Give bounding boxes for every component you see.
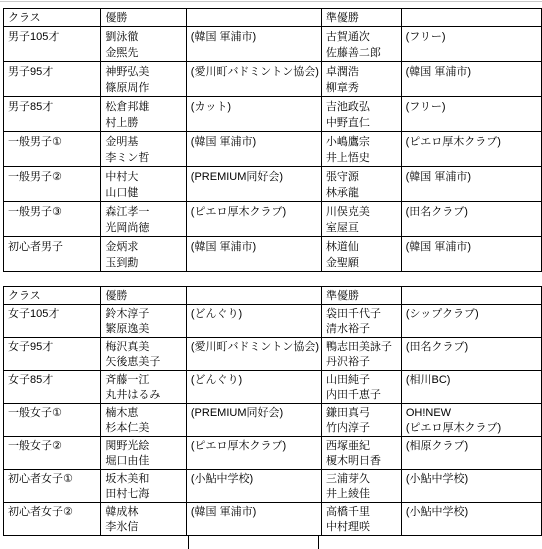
winner-club-cell: (どんぐり): [186, 371, 321, 404]
winner-names-cell: 中村大山口健: [101, 167, 186, 202]
runner-up-name: 鎌田真弓: [326, 406, 399, 421]
runner-up-names-cell: 林道仙金聖願: [321, 237, 401, 272]
winner-name: 森江孝一: [105, 204, 183, 220]
column-header: 準優勝: [321, 9, 401, 27]
runner-up-name: 金聖願: [326, 255, 399, 271]
runner-up-club-cell: (フリー): [401, 27, 541, 62]
runner-up-names-cell: 高橋千里中村理咲: [322, 503, 402, 536]
class-label: 一般男子②: [8, 169, 98, 185]
winner-name: 鈴木淳子: [105, 307, 183, 322]
winner-club: (どんぐり): [191, 307, 319, 322]
winner-name: 李ミン哲: [105, 150, 183, 166]
runner-up-club-cell: OH!NEW(ピエロ厚木クラブ): [401, 404, 541, 437]
class-label: 女子85才: [8, 373, 98, 388]
class-cell: 女子95才: [4, 338, 101, 371]
column-header: クラス: [4, 287, 101, 305]
runner-up-club: OH!NEW: [406, 406, 539, 421]
results-table-women: クラス優勝準優勝女子105才鈴木淳子繁原逸美(どんぐり)袋田千代子清水裕子(シッ…: [3, 286, 542, 536]
cut-off-top-row-border: [0, 1, 542, 2]
runner-up-name: 三浦芽久: [326, 472, 399, 487]
winner-name: 中村大: [105, 169, 183, 185]
runner-up-club-cell: (相川BC): [401, 371, 541, 404]
runner-up-name: 井上綾佳: [326, 487, 399, 502]
winner-names-cell: 関野光絵堀口由佳: [101, 437, 186, 470]
winner-name: 関野光絵: [105, 439, 183, 454]
runner-up-club-cell: (韓国 軍浦市): [401, 237, 541, 272]
class-label: 男子95才: [8, 64, 98, 80]
winner-club-cell: (韓国 軍浦市): [186, 237, 321, 272]
class-label: 女子105才: [8, 307, 98, 322]
winner-name: 斉藤一江: [105, 373, 183, 388]
class-label: 初心者女子①: [8, 472, 98, 487]
table-row: 女子105才鈴木淳子繁原逸美(どんぐり)袋田千代子清水裕子(シップクラブ): [4, 305, 542, 338]
class-cell: 一般男子③: [4, 202, 101, 237]
runner-up-names-cell: 古賀通次佐藤善二郎: [321, 27, 401, 62]
class-cell: 初心者女子②: [4, 503, 101, 536]
column-header: [401, 9, 541, 27]
class-label: 初心者男子: [8, 239, 98, 255]
table-row: 初心者女子①坂木美和田村七海(小鮎中学校)三浦芽久井上綾佳(小鮎中学校): [4, 470, 542, 503]
winner-name: 梅沢真美: [105, 340, 183, 355]
runner-up-name: 井上悟史: [326, 150, 399, 166]
runner-up-name: 丹沢裕子: [326, 355, 399, 370]
winner-names-cell: 楠木恵杉本仁美: [101, 404, 186, 437]
runner-up-club-cell: (フリー): [401, 97, 541, 132]
class-label: 男子85才: [8, 99, 98, 115]
winner-club-cell: (ピエロ厚木クラブ): [186, 202, 321, 237]
winner-name: 金煕先: [105, 45, 183, 61]
class-cell: 男子95才: [4, 62, 101, 97]
winner-club-cell: (小鮎中学校): [186, 470, 321, 503]
winner-name: 劉泳徹: [105, 29, 183, 45]
winner-name: 松倉邦雄: [105, 99, 183, 115]
runner-up-name: 川俣克美: [326, 204, 399, 220]
winner-names-cell: 金明基李ミン哲: [101, 132, 186, 167]
column-header: 優勝: [101, 9, 186, 27]
winner-club: (小鮎中学校): [191, 472, 319, 487]
runner-up-name: 佐藤善二郎: [326, 45, 399, 61]
winner-club-cell: (カット): [186, 97, 321, 132]
class-cell: 初心者男子: [4, 237, 101, 272]
runner-up-names-cell: 鎌田真弓竹内淳子: [322, 404, 402, 437]
winner-club-cell: (韓国 軍浦市): [186, 503, 321, 536]
runner-up-names-cell: 吉池政弘中野直仁: [321, 97, 401, 132]
runner-up-name: 中野直仁: [326, 115, 399, 131]
column-header: [186, 9, 321, 27]
winner-name: 繁原逸美: [105, 322, 183, 337]
winner-club-cell: (PREMIUM同好会): [186, 404, 321, 437]
cut-off-column-border: [318, 535, 319, 549]
table-row: 一般女子②関野光絵堀口由佳(ピエロ厚木クラブ)西塚亜紀榎木明日香(相原クラブ): [4, 437, 542, 470]
class-label: 一般女子②: [8, 439, 98, 454]
winner-name: 金炳求: [105, 239, 183, 255]
class-label: 男子105才: [8, 29, 98, 45]
runner-up-name: 内田千恵子: [326, 388, 399, 403]
runner-up-names-cell: 卓潤浩柳章秀: [321, 62, 401, 97]
winner-name: 堀口由佳: [105, 454, 183, 469]
winner-name: 篠原周作: [105, 80, 183, 96]
runner-up-name: 中村理咲: [326, 520, 399, 535]
runner-up-club-cell: (相原クラブ): [401, 437, 541, 470]
runner-up-names-cell: 川俣克美室屋亘: [321, 202, 401, 237]
winner-club-cell: (ピエロ厚木クラブ): [186, 437, 321, 470]
winner-name: 矢後恵美子: [105, 355, 183, 370]
runner-up-name: 林承龍: [326, 185, 399, 201]
winner-name: 李氷信: [105, 520, 183, 535]
winner-name: 杉本仁美: [105, 421, 183, 436]
winner-club: (PREMIUM同好会): [191, 406, 319, 421]
winner-club: (韓国 軍浦市): [191, 505, 319, 520]
winner-name: 金明基: [105, 134, 183, 150]
class-label: 初心者女子②: [8, 505, 98, 520]
runner-up-names-cell: 三浦芽久井上綾佳: [322, 470, 402, 503]
winner-club: (愛川町バドミントン協会): [191, 340, 319, 355]
runner-up-club-cell: (韓国 軍浦市): [401, 167, 541, 202]
runner-up-club: (フリー): [406, 99, 539, 115]
table-row: 一般男子②中村大山口健(PREMIUM同好会)張守源林承龍(韓国 軍浦市): [4, 167, 542, 202]
runner-up-club: (小鮎中学校): [406, 472, 539, 487]
runner-up-name: 張守源: [326, 169, 399, 185]
runner-up-club: (韓国 軍浦市): [406, 169, 539, 185]
runner-up-club-cell: (田名クラブ): [401, 202, 541, 237]
runner-up-name: 清水裕子: [326, 322, 399, 337]
winner-club-cell: (愛川町バドミントン協会): [186, 62, 321, 97]
class-label: 一般男子③: [8, 204, 98, 220]
class-label: 一般女子①: [8, 406, 98, 421]
results-table-women-body: クラス優勝準優勝女子105才鈴木淳子繁原逸美(どんぐり)袋田千代子清水裕子(シッ…: [4, 287, 542, 536]
runner-up-name: 高橋千里: [326, 505, 399, 520]
runner-up-club-cell: (田名クラブ): [401, 338, 541, 371]
table-row: 初心者男子金炳求玉到勳(韓国 軍浦市)林道仙金聖願(韓国 軍浦市): [4, 237, 542, 272]
runner-up-club-cell: (韓国 軍浦市): [401, 62, 541, 97]
winner-names-cell: 森江孝一光岡尚徳: [101, 202, 186, 237]
winner-names-cell: 神野弘美篠原周作: [101, 62, 186, 97]
runner-up-club: (相原クラブ): [406, 439, 539, 454]
runner-up-names-cell: 山田純子内田千恵子: [322, 371, 402, 404]
winner-club-cell: (韓国 軍浦市): [186, 27, 321, 62]
column-header: クラス: [4, 9, 101, 27]
runner-up-club: (シップクラブ): [406, 307, 539, 322]
runner-up-names-cell: 小嶋鷹宗井上悟史: [321, 132, 401, 167]
winner-club: (韓国 軍浦市): [191, 239, 319, 255]
winner-name: 田村七海: [105, 487, 183, 502]
winner-club-cell: (愛川町バドミントン協会): [186, 338, 321, 371]
runner-up-name: 室屋亘: [326, 220, 399, 236]
winner-club: (どんぐり): [191, 373, 319, 388]
column-header: 優勝: [101, 287, 186, 305]
winner-name: 丸井はるみ: [105, 388, 183, 403]
winner-names-cell: 梅沢真美矢後恵美子: [101, 338, 186, 371]
winner-club: (カット): [191, 99, 319, 115]
winner-names-cell: 金炳求玉到勳: [101, 237, 186, 272]
class-cell: 一般男子②: [4, 167, 101, 202]
winner-names-cell: 韓成林李氷信: [101, 503, 186, 536]
table-row: 初心者女子②韓成林李氷信(韓国 軍浦市)高橋千里中村理咲(小鮎中学校): [4, 503, 542, 536]
runner-up-club-cell: (シップクラブ): [401, 305, 541, 338]
runner-up-name: 卓潤浩: [326, 64, 399, 80]
runner-up-name: 小嶋鷹宗: [326, 134, 399, 150]
runner-up-club: (田名クラブ): [406, 204, 539, 220]
winner-names-cell: 鈴木淳子繁原逸美: [101, 305, 186, 338]
winner-names-cell: 松倉邦雄村上勝: [101, 97, 186, 132]
table-row: 一般男子③森江孝一光岡尚徳(ピエロ厚木クラブ)川俣克美室屋亘(田名クラブ): [4, 202, 542, 237]
class-cell: 男子85才: [4, 97, 101, 132]
winner-name: 玉到勳: [105, 255, 183, 271]
header-row: クラス優勝準優勝: [4, 287, 542, 305]
winner-name: 神野弘美: [105, 64, 183, 80]
class-cell: 女子85才: [4, 371, 101, 404]
runner-up-club: (田名クラブ): [406, 340, 539, 355]
winner-name: 坂木美和: [105, 472, 183, 487]
runner-up-club-cell: (ピエロ厚木クラブ): [401, 132, 541, 167]
column-header: 準優勝: [322, 287, 402, 305]
runner-up-name: 鴨志田美詠子: [326, 340, 399, 355]
runner-up-name: 竹内淳子: [326, 421, 399, 436]
class-cell: 一般男子①: [4, 132, 101, 167]
class-label: 一般男子①: [8, 134, 98, 150]
class-cell: 男子105才: [4, 27, 101, 62]
class-cell: 女子105才: [4, 305, 101, 338]
runner-up-names-cell: 鴨志田美詠子丹沢裕子: [322, 338, 402, 371]
runner-up-names-cell: 袋田千代子清水裕子: [322, 305, 402, 338]
runner-up-names-cell: 西塚亜紀榎木明日香: [322, 437, 402, 470]
runner-up-club: (小鮎中学校): [406, 505, 539, 520]
winner-club: (韓国 軍浦市): [191, 29, 319, 45]
table-row: 一般男子①金明基李ミン哲(韓国 軍浦市)小嶋鷹宗井上悟史(ピエロ厚木クラブ): [4, 132, 542, 167]
class-cell: 一般女子②: [4, 437, 101, 470]
winner-name: 楠木恵: [105, 406, 183, 421]
class-label: 女子95才: [8, 340, 98, 355]
cut-off-column-border: [188, 535, 189, 549]
column-header: [401, 287, 541, 305]
runner-up-club-cell: (小鮎中学校): [401, 503, 541, 536]
winner-club: (愛川町バドミントン協会): [191, 64, 319, 80]
class-cell: 初心者女子①: [4, 470, 101, 503]
runner-up-club: (フリー): [406, 29, 539, 45]
winner-club-cell: (PREMIUM同好会): [186, 167, 321, 202]
winner-club: (韓国 軍浦市): [191, 134, 319, 150]
winner-club: (ピエロ厚木クラブ): [191, 439, 319, 454]
class-cell: 一般女子①: [4, 404, 101, 437]
results-table-men: クラス優勝準優勝男子105才劉泳徹金煕先(韓国 軍浦市)古賀通次佐藤善二郎(フリ…: [3, 8, 542, 272]
runner-up-names-cell: 張守源林承龍: [321, 167, 401, 202]
header-row: クラス優勝準優勝: [4, 9, 542, 27]
runner-up-club: (ピエロ厚木クラブ): [406, 421, 539, 436]
runner-up-club: (韓国 軍浦市): [406, 64, 539, 80]
runner-up-name: 古賀通次: [326, 29, 399, 45]
winner-names-cell: 斉藤一江丸井はるみ: [101, 371, 186, 404]
runner-up-name: 吉池政弘: [326, 99, 399, 115]
winner-club: (PREMIUM同好会): [191, 169, 319, 185]
table-row: 男子105才劉泳徹金煕先(韓国 軍浦市)古賀通次佐藤善二郎(フリー): [4, 27, 542, 62]
winner-names-cell: 坂木美和田村七海: [101, 470, 186, 503]
runner-up-name: 袋田千代子: [326, 307, 399, 322]
winner-name: 光岡尚徳: [105, 220, 183, 236]
runner-up-name: 西塚亜紀: [326, 439, 399, 454]
runner-up-club: (韓国 軍浦市): [406, 239, 539, 255]
table-row: 女子85才斉藤一江丸井はるみ(どんぐり)山田純子内田千恵子(相川BC): [4, 371, 542, 404]
runner-up-name: 榎木明日香: [326, 454, 399, 469]
winner-name: 山口健: [105, 185, 183, 201]
winner-names-cell: 劉泳徹金煕先: [101, 27, 186, 62]
runner-up-name: 林道仙: [326, 239, 399, 255]
tournament-results-sheet: クラス優勝準優勝男子105才劉泳徹金煕先(韓国 軍浦市)古賀通次佐藤善二郎(フリ…: [0, 0, 542, 549]
column-header: [186, 287, 321, 305]
winner-name: 韓成林: [105, 505, 183, 520]
table-row: 男子85才松倉邦雄村上勝(カット)吉池政弘中野直仁(フリー): [4, 97, 542, 132]
winner-club-cell: (韓国 軍浦市): [186, 132, 321, 167]
runner-up-club: (相川BC): [406, 373, 539, 388]
results-table-men-body: クラス優勝準優勝男子105才劉泳徹金煕先(韓国 軍浦市)古賀通次佐藤善二郎(フリ…: [4, 9, 542, 272]
runner-up-name: 山田純子: [326, 373, 399, 388]
table-row: 女子95才梅沢真美矢後恵美子(愛川町バドミントン協会)鴨志田美詠子丹沢裕子(田名…: [4, 338, 542, 371]
runner-up-club-cell: (小鮎中学校): [401, 470, 541, 503]
winner-club-cell: (どんぐり): [186, 305, 321, 338]
table-row: 一般女子①楠木恵杉本仁美(PREMIUM同好会)鎌田真弓竹内淳子OH!NEW(ピ…: [4, 404, 542, 437]
runner-up-club: (ピエロ厚木クラブ): [406, 134, 539, 150]
winner-club: (ピエロ厚木クラブ): [191, 204, 319, 220]
runner-up-name: 柳章秀: [326, 80, 399, 96]
table-row: 男子95才神野弘美篠原周作(愛川町バドミントン協会)卓潤浩柳章秀(韓国 軍浦市): [4, 62, 542, 97]
winner-name: 村上勝: [105, 115, 183, 131]
